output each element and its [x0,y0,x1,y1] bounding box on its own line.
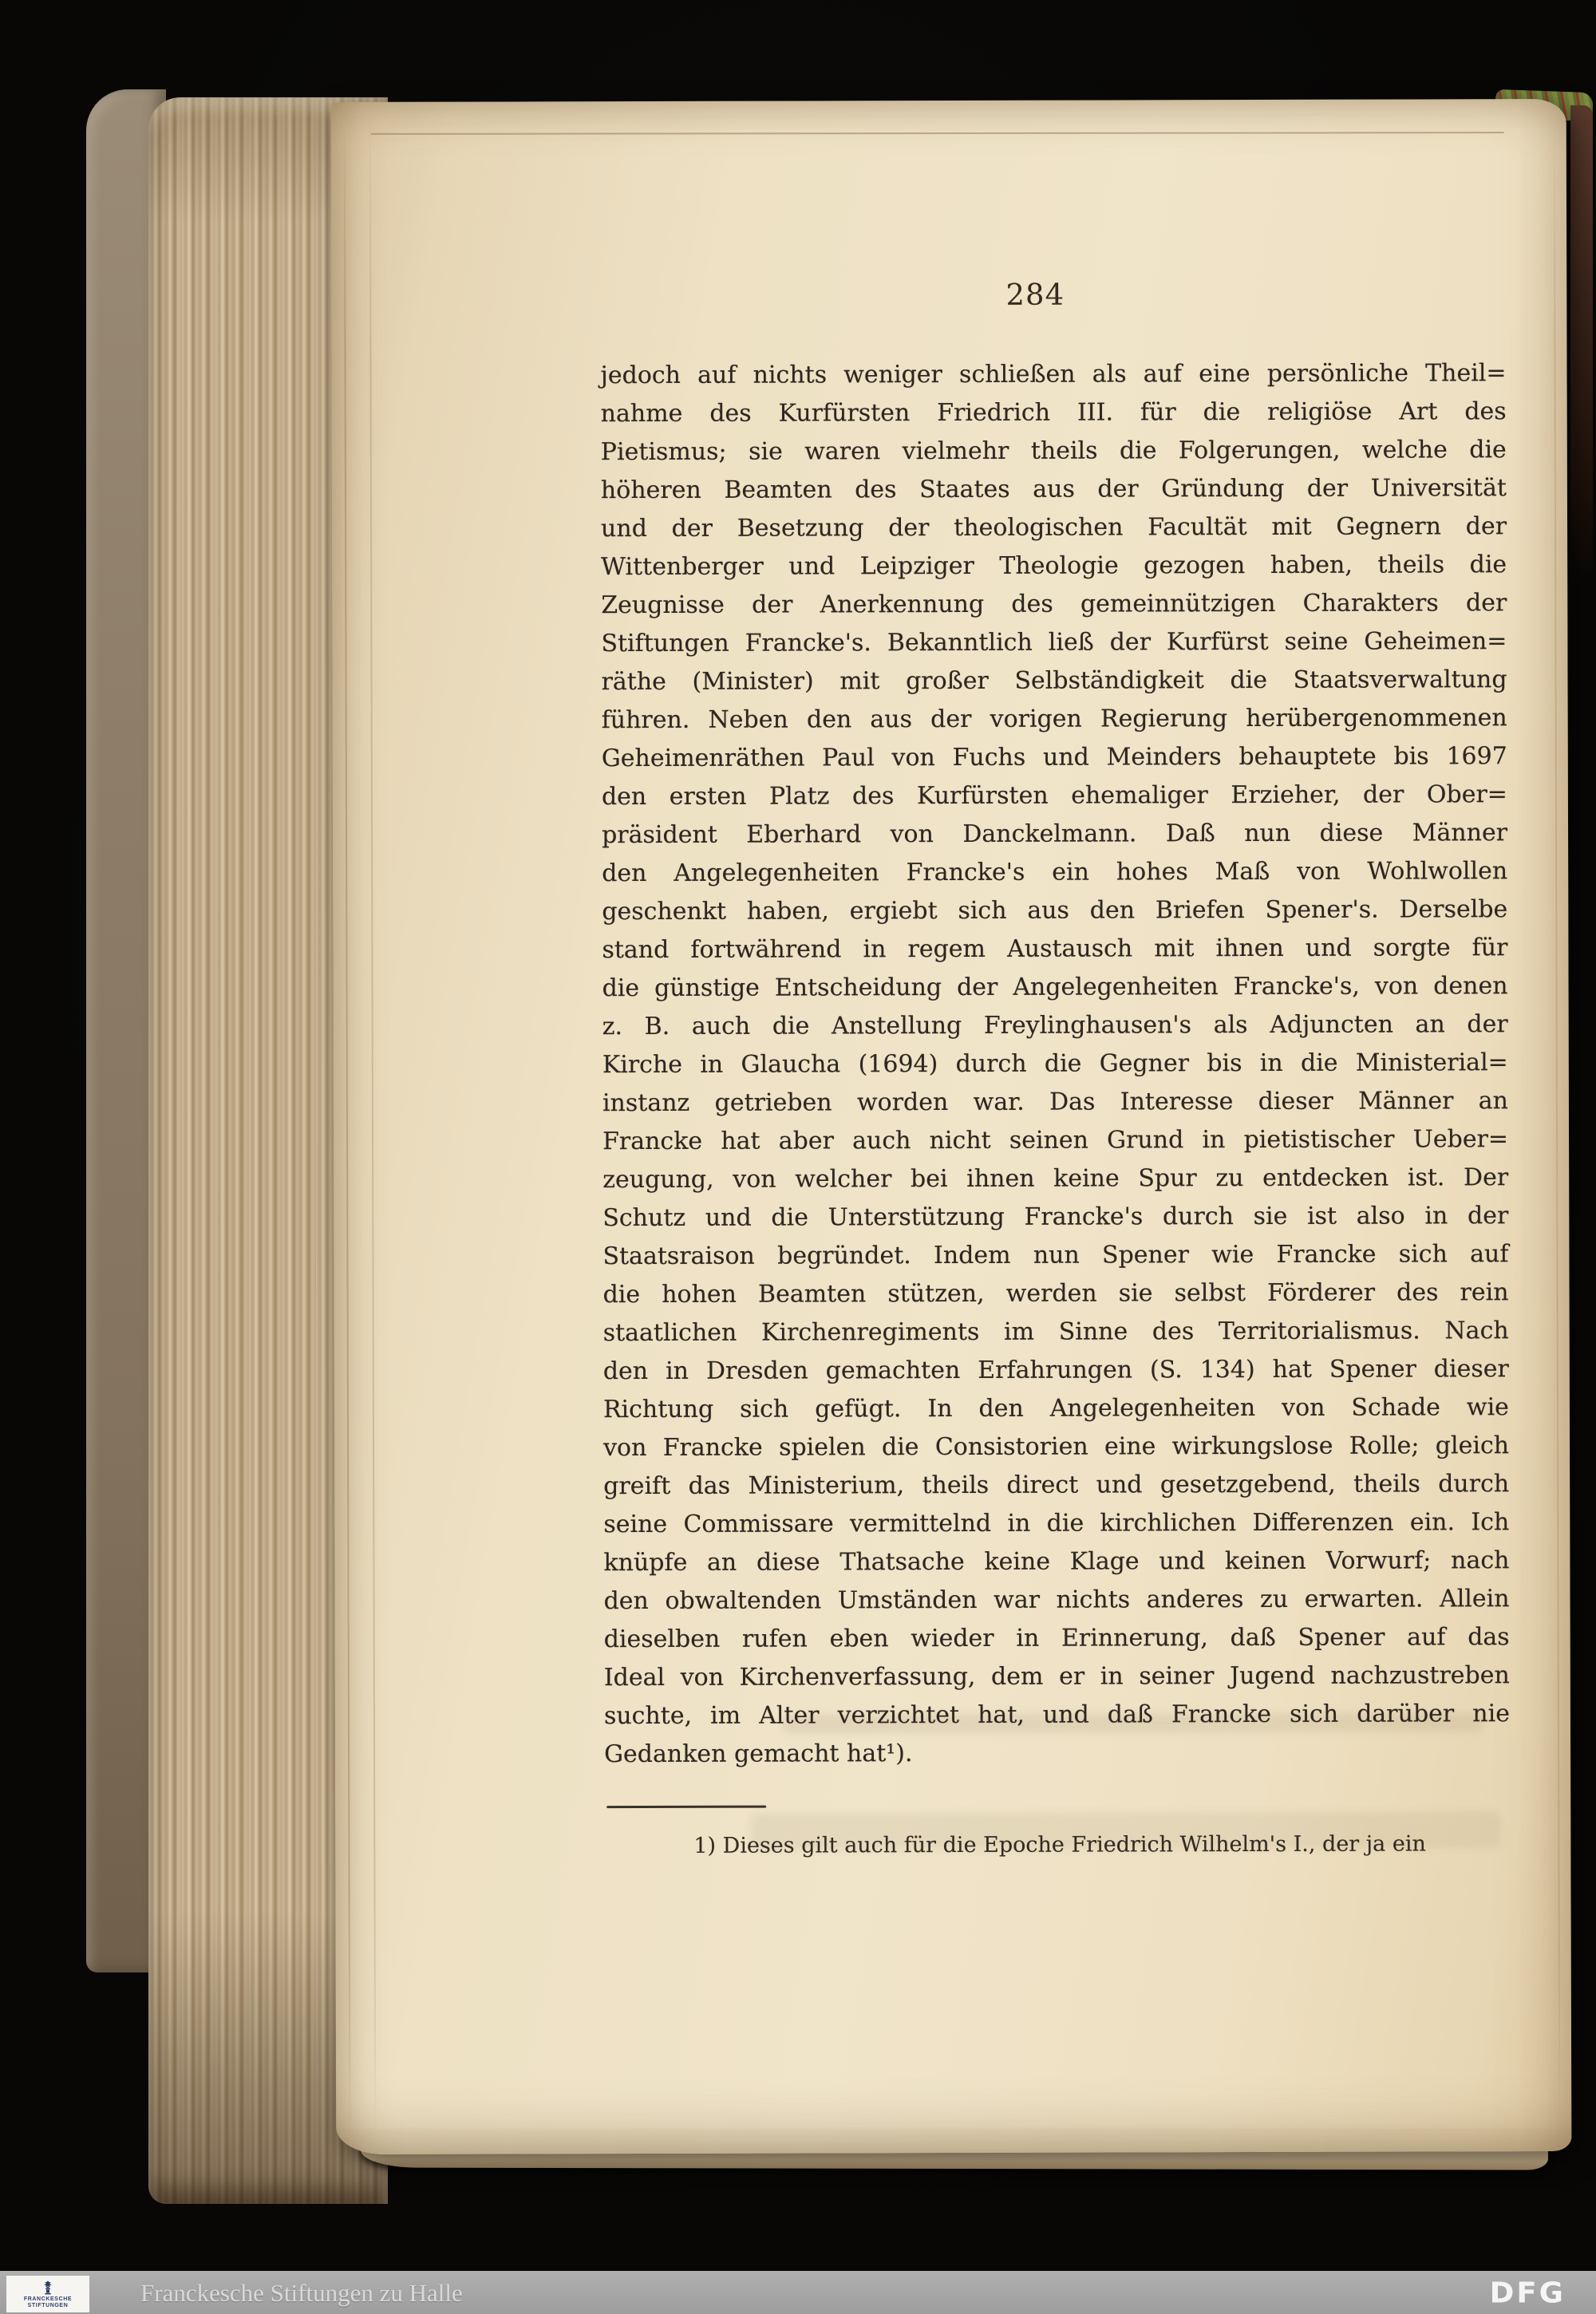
text-line: suchte, im Alter verzichtet hat, und daß… [604,1695,1510,1735]
franckesche-eagle-icon [40,2280,56,2296]
text-line: Geheimenräthen Paul von Fuchs und Meinde… [602,737,1507,778]
text-line: die hohen Beamten stützen, werden sie se… [602,1273,1508,1314]
text-line: dieselben rufen eben wieder in Erinnerun… [604,1618,1510,1659]
footer-bar: FRANCKESCHE STIFTUNGEN Franckesche Stift… [0,2271,1596,2314]
page-body-text: jedoch auf nichts weniger schließen als … [600,354,1510,1774]
page-crease [1554,112,1561,2138]
text-line: präsident Eberhard von Danckelmann. Daß … [602,814,1507,855]
dfg-logo: DFG [1490,2272,1566,2313]
text-line: z. B. auch die Anstellung Freylinghausen… [602,1005,1508,1046]
text-line: Richtung sich gefügt. In den Angelegenhe… [603,1388,1509,1429]
text-line: staatlichen Kirchenregiments im Sinne de… [603,1312,1509,1352]
text-line: Pietismus; sie waren vielmehr theils die… [601,431,1507,472]
text-line: von Francke spielen die Consistorien ein… [603,1427,1509,1467]
text-line: zeugung, von welcher bei ihnen keine Spu… [602,1159,1508,1199]
page-number: 284 [600,276,1470,313]
text-line: greift das Ministerium, theils direct un… [603,1465,1509,1506]
institution-title: Franckesche Stiftungen zu Halle [140,2271,463,2314]
text-line: stand fortwährend in regem Austausch mit… [602,929,1507,969]
text-line: Stiftungen Francke's. Bekanntlich ließ d… [601,622,1507,663]
text-line: den ersten Platz des Kurfürsten ehemalig… [602,776,1507,816]
text-line: räthe (Minister) mit großer Selbständigk… [601,661,1507,701]
text-line: den in Dresden gemachten Erfahrungen (S.… [603,1350,1509,1391]
text-line: Wittenberger und Leipziger Theologie gez… [601,546,1507,586]
text-line: Ideal von Kirchenverfassung, dem er in s… [604,1657,1510,1697]
text-line: den obwaltenden Umständen war nichts and… [603,1580,1509,1621]
text-line: Francke hat aber auch nicht seinen Grund… [602,1120,1508,1161]
text-line: seine Commissare vermittelnd in die kirc… [603,1503,1509,1544]
text-line: und der Besetzung der theologischen Facu… [601,507,1507,548]
text-line: geschenkt haben, ergiebt sich aus den Br… [602,890,1507,931]
text-line: die günstige Entscheidung der Angelegenh… [602,967,1507,1008]
book-scan: 284 jedoch auf nichts weniger schließen … [0,0,1596,2314]
under-page-top-line [371,132,1504,135]
logo-text-line2: STIFTUNGEN [24,2303,72,2309]
text-line: Zeugnisse der Anerkennung des gemeinnütz… [601,584,1507,625]
institution-logo: FRANCKESCHE STIFTUNGEN [6,2276,89,2312]
text-line: Gedanken gemacht hat¹). [604,1733,1510,1774]
page-crease [344,115,351,2142]
text-line: höheren Beamten des Staates aus der Grün… [601,469,1507,510]
text-line: Schutz und die Unterstützung Francke's d… [602,1197,1508,1238]
book-page: 284 jedoch auf nichts weniger schließen … [331,99,1572,2154]
page-crease [369,115,377,2142]
text-line: den Angelegenheiten Francke's ein hohes … [602,852,1507,893]
logo-text-line1: FRANCKESCHE [24,2296,72,2303]
footnote-separator [606,1806,766,1809]
text-line: knüpfe an diese Thatsache keine Klage un… [603,1542,1509,1582]
text-line: führen. Neben den aus der vorigen Regier… [602,699,1507,740]
text-line: jedoch auf nichts weniger schließen als … [600,354,1506,395]
text-line: instanz getrieben worden war. Das Intere… [602,1082,1508,1123]
text-line: nahme des Kurfürsten Friedrich III. für … [601,393,1507,433]
text-line: Kirche in Glaucha (1694) durch die Gegne… [602,1044,1508,1084]
footnote-text: 1) Dieses gilt auch für die Epoche Fried… [604,1827,1514,1863]
book-cover-right-edge [1570,105,1593,584]
text-line: Staatsraison begründet. Indem nun Spener… [602,1235,1508,1276]
